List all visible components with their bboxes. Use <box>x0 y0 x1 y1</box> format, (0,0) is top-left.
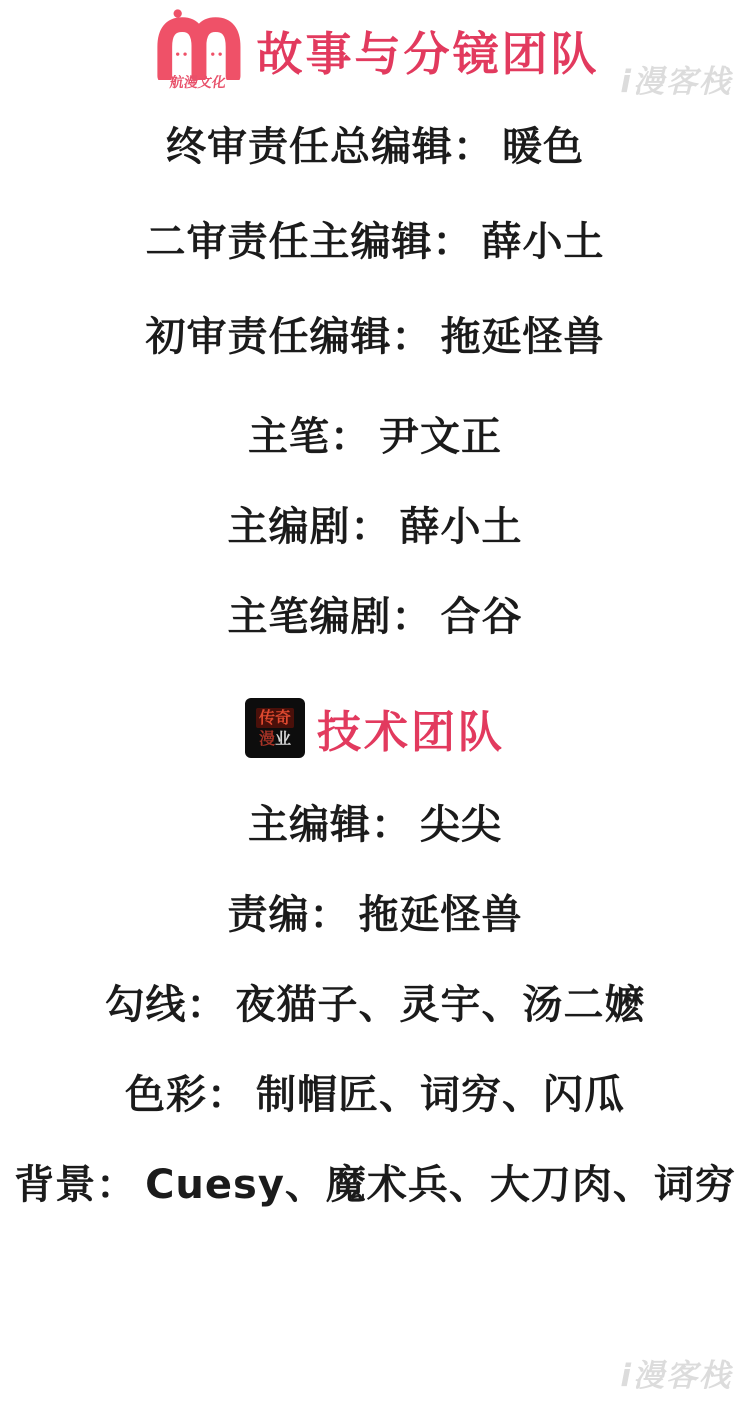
credit-colon: ： <box>351 504 392 550</box>
credit-value: 尹文正 <box>379 414 502 460</box>
credit-line-first-editor: 初审责任编辑：拖延怪兽 <box>0 312 750 362</box>
credit-label: 初审责任编辑 <box>146 314 392 360</box>
credit-label: 终审责任总编辑 <box>166 124 453 170</box>
story-team-header: 航漫文化 故事与分镜团队 <box>0 8 750 94</box>
credit-line-main-editor: 主编辑：尖尖 <box>0 800 750 850</box>
credit-line-second-editor: 二审责任主编辑：薛小土 <box>0 217 750 267</box>
chuanqi-manye-logo: 传奇 漫业 <box>245 698 305 758</box>
credit-line-lead-artist: 主笔：尹文正 <box>0 412 750 462</box>
m-cat-logo-icon <box>151 8 245 80</box>
credit-value: 夜猫子、灵宇、汤二嬷 <box>236 982 646 1028</box>
credit-colon: ： <box>207 1072 248 1118</box>
credit-value: 薛小土 <box>400 504 523 550</box>
credit-label: 主编剧 <box>228 504 351 550</box>
credit-colon: ： <box>96 1162 137 1208</box>
credit-line-responsible-editor: 责编：拖延怪兽 <box>0 890 750 940</box>
credit-colon: ： <box>187 982 228 1028</box>
chuanqi-logo-ye: 业 <box>275 729 291 748</box>
credits-page: i漫客栈 航漫文化 故事与分镜团队 终审责任总编辑：暖色 二审责任主编辑：薛小土… <box>0 0 750 1409</box>
credit-colon: ： <box>392 594 433 640</box>
hangman-culture-logo-text: 航漫文化 <box>168 72 227 92</box>
credit-label: 主编辑 <box>248 802 371 848</box>
chuanqi-logo-man: 漫 <box>259 729 275 748</box>
credit-label: 勾线 <box>105 982 187 1028</box>
credit-colon: ： <box>330 414 371 460</box>
credit-label: 背景 <box>14 1162 96 1208</box>
credit-line-lineart: 勾线：夜猫子、灵宇、汤二嬷 <box>0 980 750 1030</box>
tech-team-header: 传奇 漫业 技术团队 <box>0 696 750 760</box>
credit-label: 二审责任主编辑 <box>146 219 433 265</box>
chuanqi-logo-top-text: 传奇 <box>256 708 294 728</box>
credit-value: 拖延怪兽 <box>359 892 523 938</box>
credit-line-script-artist: 主笔编剧：合谷 <box>0 592 750 642</box>
credit-colon: ： <box>310 892 351 938</box>
credit-colon: ： <box>433 219 474 265</box>
credit-colon: ： <box>453 124 494 170</box>
credit-value: 暖色 <box>502 124 584 170</box>
credit-label: 主笔 <box>248 414 330 460</box>
credit-label: 色彩 <box>125 1072 207 1118</box>
mankezhan-watermark-bottom: i漫客栈 <box>620 1350 732 1395</box>
credit-value: 制帽匠、词穷、闪瓜 <box>256 1072 625 1118</box>
credit-line-coloring: 色彩：制帽匠、词穷、闪瓜 <box>0 1070 750 1120</box>
tech-team-title: 技术团队 <box>317 696 505 760</box>
credit-value: 尖尖 <box>420 802 502 848</box>
credit-line-lead-writer: 主编剧：薛小土 <box>0 502 750 552</box>
hangman-culture-logo: 航漫文化 <box>151 8 245 94</box>
credit-label: 主笔编剧 <box>228 594 392 640</box>
credit-value: Cuesy、魔术兵、大刀肉、词穷 <box>145 1162 736 1208</box>
credit-value: 合谷 <box>441 594 523 640</box>
credit-value: 拖延怪兽 <box>441 314 605 360</box>
credit-value: 薛小土 <box>482 219 605 265</box>
credit-label: 责编 <box>228 892 310 938</box>
credit-line-chief-editor: 终审责任总编辑：暖色 <box>0 122 750 172</box>
credit-colon: ： <box>371 802 412 848</box>
credit-colon: ： <box>392 314 433 360</box>
credit-line-background: 背景：Cuesy、魔术兵、大刀肉、词穷 <box>0 1160 750 1210</box>
story-team-title: 故事与分镜团队 <box>257 18 600 84</box>
chuanqi-logo-bottom-text: 漫业 <box>259 730 291 748</box>
